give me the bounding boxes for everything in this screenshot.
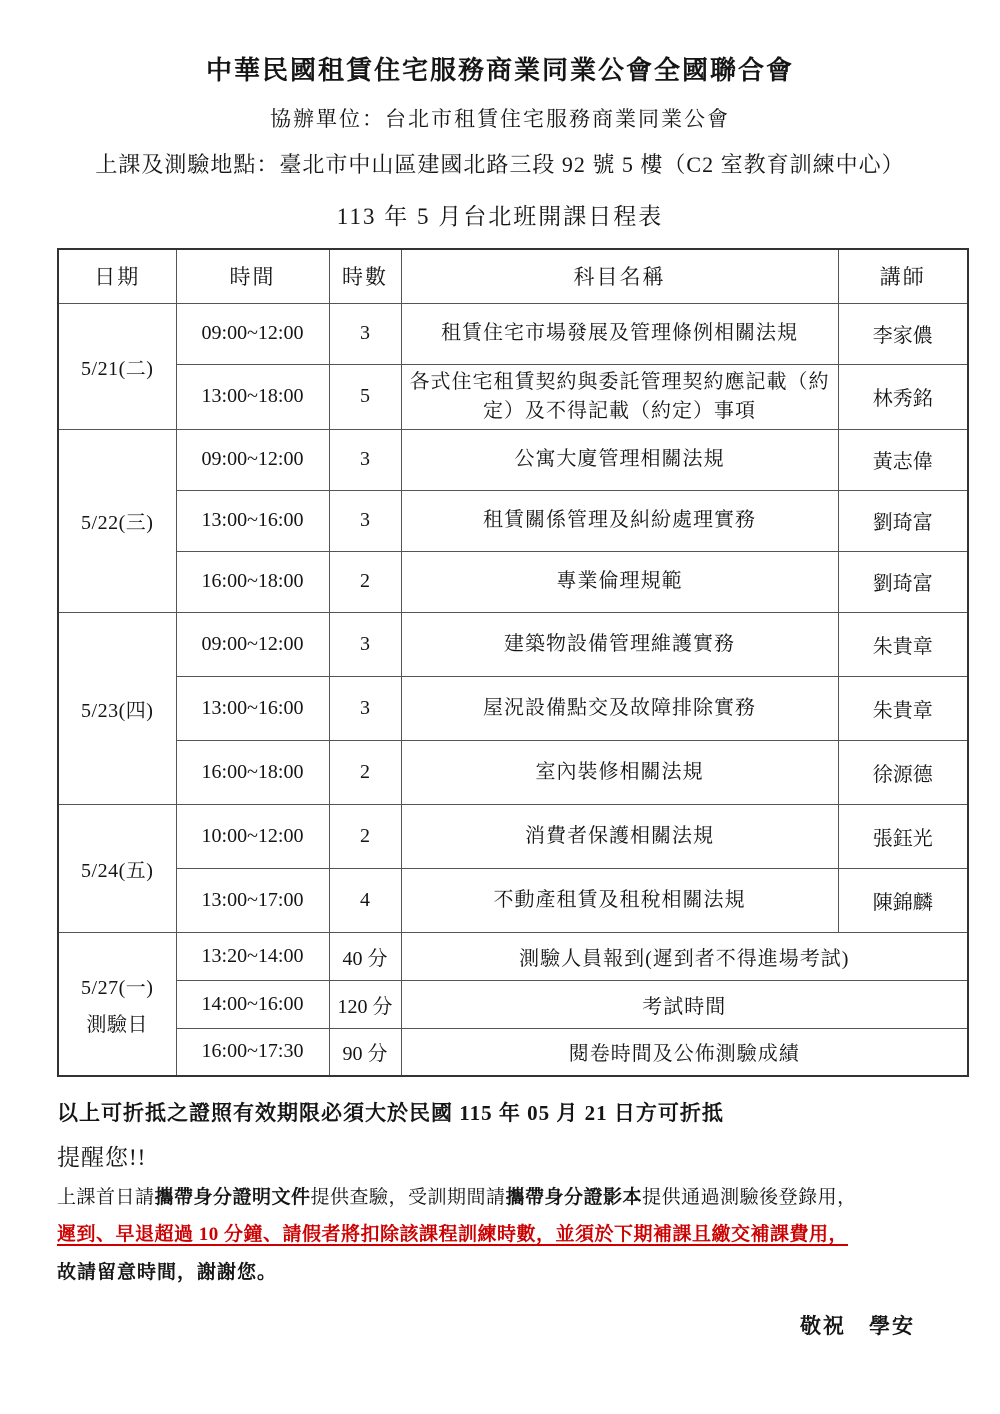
time-cell: 09:00~12:00 [176,303,329,364]
table-row: 13:00~16:00 3 租賃關係管理及糾紛處理實務 劉琦富 [58,490,968,551]
date-cell: 5/24(五) [58,804,176,932]
hours-cell: 4 [329,868,401,932]
co-organizer-line: 協辦單位：台北市租賃住宅服務商業同業公會 [57,103,943,133]
table-row: 16:00~17:30 90 分 閱卷時間及公佈測驗成績 [58,1028,968,1076]
instructor-cell: 張鈺光 [838,804,968,868]
table-row: 16:00~18:00 2 專業倫理規範 劉琦富 [58,551,968,612]
notice-part: 上課首日請 [57,1187,155,1208]
instructor-cell: 林秀銘 [838,364,968,429]
table-row: 5/24(五) 10:00~12:00 2 消費者保護相關法規 張鈺光 [58,804,968,868]
date-cell: 5/23(四) [58,612,176,804]
table-row: 5/22(三) 09:00~12:00 3 公寓大廈管理相關法規 黃志偉 [58,429,968,490]
hours-cell: 3 [329,676,401,740]
hours-cell: 3 [329,612,401,676]
notice-part: 提供查驗，受訓期間請 [311,1187,506,1208]
subject-cell: 閱卷時間及公佈測驗成績 [401,1028,968,1076]
hours-cell: 40 分 [329,932,401,980]
hours-cell: 120 分 [329,980,401,1028]
subject-cell: 租賃關係管理及糾紛處理實務 [401,490,838,551]
subject-cell: 消費者保護相關法規 [401,804,838,868]
reminder-heading: 提醒您!! [57,1139,943,1172]
subject-cell: 不動產租賃及租稅相關法規 [401,868,838,932]
table-row: 13:00~16:00 3 屋況設備點交及故障排除實務 朱貴章 [58,676,968,740]
table-row: 16:00~18:00 2 室內裝修相關法規 徐源德 [58,740,968,804]
subject-cell: 公寓大廈管理相關法規 [401,429,838,490]
table-row: 5/23(四) 09:00~12:00 3 建築物設備管理維護實務 朱貴章 [58,612,968,676]
time-cell: 16:00~18:00 [176,551,329,612]
instructor-cell: 黃志偉 [838,429,968,490]
page-title: 中華民國租賃住宅服務商業同業公會全國聯合會 [57,50,943,87]
schedule-table: 日期 時間 時數 科目名稱 講師 5/21(二) 09:00~12:00 3 租… [57,248,969,1077]
hours-cell: 3 [329,490,401,551]
date-cell: 5/22(三) [58,429,176,612]
exam-date-note: 測驗日 [63,1008,172,1037]
instructor-cell: 朱貴章 [838,676,968,740]
subject-cell: 專業倫理規範 [401,551,838,612]
instructor-cell: 李家儂 [838,303,968,364]
table-row: 13:00~18:00 5 各式住宅租賃契約與委託管理契約應記載（約定）及不得記… [58,364,968,429]
col-header-subject: 科目名稱 [401,249,838,303]
hours-cell: 3 [329,429,401,490]
schedule-title: 113 年 5 月台北班開課日程表 [57,198,943,231]
date-cell: 5/21(二) [58,303,176,429]
time-cell: 16:00~17:30 [176,1028,329,1076]
subject-cell: 屋況設備點交及故障排除實務 [401,676,838,740]
time-cell: 13:00~16:00 [176,490,329,551]
table-row: 5/27(一) 測驗日 13:20~14:00 40 分 測驗人員報到(遲到者不… [58,932,968,980]
instructor-cell: 陳錦麟 [838,868,968,932]
notice-part-bold: 攜帶身分證明文件 [155,1187,311,1208]
hours-cell: 5 [329,364,401,429]
hours-cell: 2 [329,740,401,804]
instructor-cell: 劉琦富 [838,490,968,551]
farewell: 敬祝 學安 [57,1310,943,1340]
lateness-warning: 遲到、早退超過 10 分鐘、請假者將扣除該課程訓練時數，並須於下期補課且繳交補課… [57,1219,943,1246]
time-cell: 13:00~18:00 [176,364,329,429]
id-document-notice: 上課首日請攜帶身分證明文件提供查驗，受訓期間請攜帶身分證影本提供通過測驗後登錄用… [57,1182,943,1209]
instructor-cell: 朱貴章 [838,612,968,676]
document-page: 中華民國租賃住宅服務商業同業公會全國聯合會 協辦單位：台北市租賃住宅服務商業同業… [0,0,1000,1340]
table-row: 5/21(二) 09:00~12:00 3 租賃住宅市場發展及管理條例相關法規 … [58,303,968,364]
time-cell: 13:20~14:00 [176,932,329,980]
time-cell: 09:00~12:00 [176,429,329,490]
closing-note: 故請留意時間，謝謝您。 [57,1257,943,1284]
date-cell: 5/27(一) 測驗日 [58,932,176,1076]
subject-cell: 考試時間 [401,980,968,1028]
hours-cell: 2 [329,804,401,868]
hours-cell: 2 [329,551,401,612]
notice-part-bold: 攜帶身分證影本 [506,1187,643,1208]
col-header-date: 日期 [58,249,176,303]
table-header-row: 日期 時間 時數 科目名稱 講師 [58,249,968,303]
location-line: 上課及測驗地點：臺北市中山區建國北路三段 92 號 5 樓（C2 室教育訓練中心… [57,148,943,179]
table-row: 14:00~16:00 120 分 考試時間 [58,980,968,1028]
time-cell: 14:00~16:00 [176,980,329,1028]
notice-part: 提供通過測驗後登錄用， [642,1187,857,1208]
col-header-instructor: 講師 [838,249,968,303]
time-cell: 13:00~16:00 [176,676,329,740]
exam-date: 5/27(一) [63,971,172,1000]
time-cell: 10:00~12:00 [176,804,329,868]
instructor-cell: 劉琦富 [838,551,968,612]
subject-cell: 測驗人員報到(遲到者不得進場考試) [401,932,968,980]
time-cell: 13:00~17:00 [176,868,329,932]
validity-note: 以上可折抵之證照有效期限必須大於民國 115 年 05 月 21 日方可折抵 [57,1097,943,1127]
hours-cell: 3 [329,303,401,364]
time-cell: 16:00~18:00 [176,740,329,804]
subject-cell: 租賃住宅市場發展及管理條例相關法規 [401,303,838,364]
instructor-cell: 徐源德 [838,740,968,804]
subject-cell: 建築物設備管理維護實務 [401,612,838,676]
subject-cell: 各式住宅租賃契約與委託管理契約應記載（約定）及不得記載（約定）事項 [401,364,838,429]
hours-cell: 90 分 [329,1028,401,1076]
col-header-time: 時間 [176,249,329,303]
time-cell: 09:00~12:00 [176,612,329,676]
table-row: 13:00~17:00 4 不動產租賃及租稅相關法規 陳錦麟 [58,868,968,932]
col-header-hours: 時數 [329,249,401,303]
subject-cell: 室內裝修相關法規 [401,740,838,804]
